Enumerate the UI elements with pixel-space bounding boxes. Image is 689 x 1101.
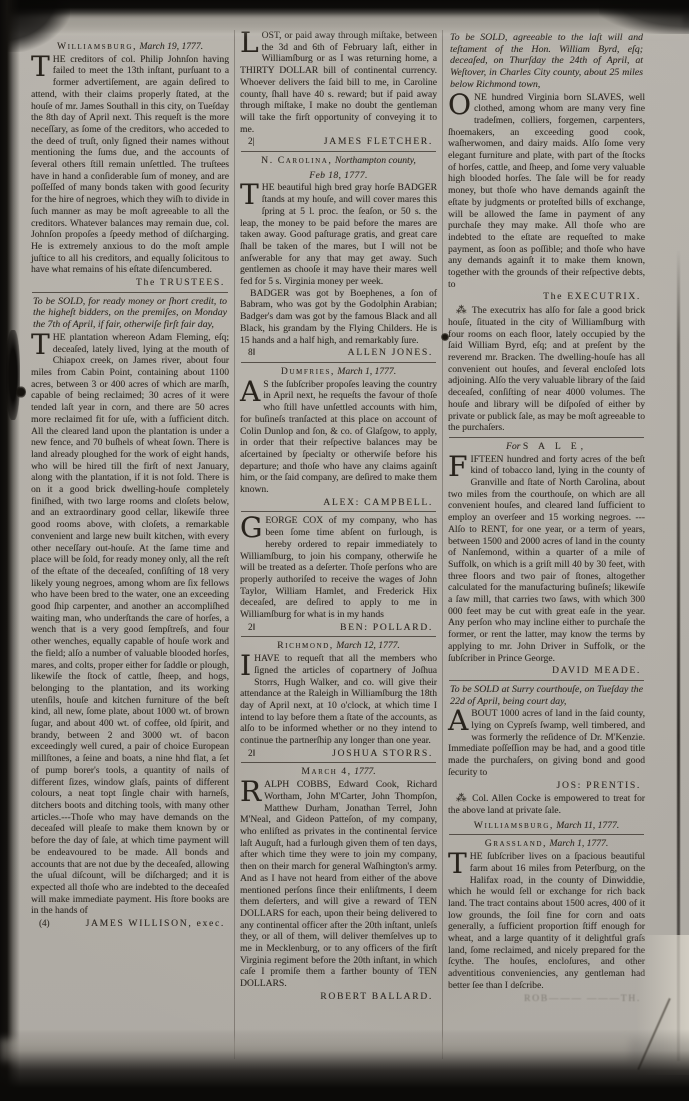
page-corner-dark-right: [599, 0, 689, 34]
signature-ref-mark: (4): [39, 918, 50, 930]
dateline-date: Northampton county,: [335, 155, 416, 166]
article-paragraph: THE creditors of col. Philip Johnſon hav…: [31, 54, 229, 276]
newspaper-article: To be SOLD, agreeable to the laſt will a…: [448, 32, 645, 434]
article-divider: [449, 437, 644, 438]
ink-smudge: [6, 330, 20, 420]
drop-cap: I: [240, 653, 254, 677]
signature-name: ALEX: CAMPBELL.: [323, 497, 433, 509]
article-paragraph: ONE hundred Virginia born SLAVES, well c…: [448, 92, 645, 291]
newspaper-page: Williamsburg, March 19, 1777.THE credito…: [0, 0, 689, 1101]
signature-name: JOSHUA STORRS.: [332, 748, 433, 760]
article-signature: 2‖JOSHUA STORRS.: [248, 748, 433, 760]
dateline-date: March 1, 1777.: [549, 838, 608, 849]
signature-name: JAMES FLETCHER.: [324, 136, 433, 148]
article-dateline: March 4, 1777.: [240, 766, 437, 778]
article-signature: 2|JAMES FLETCHER.: [248, 136, 433, 148]
dateline-place: N. Carolina,: [261, 155, 332, 166]
paragraph-text: HE creditors of col. Philip Johnſon havi…: [31, 54, 229, 276]
article-paragraph: ABOUT 1000 acres of land in the ſaid cou…: [448, 708, 645, 778]
newspaper-article: GEORGE COX of my company, who has been ſ…: [240, 515, 437, 633]
paragraph-text: BADGER was got by Boephenes, a ſon of Ba…: [240, 288, 437, 347]
signature-ref-mark: 2|: [248, 136, 254, 148]
article-signature: (4)JAMES WILLISON, exec.: [39, 918, 225, 930]
drop-cap: A: [240, 379, 263, 403]
article-italic-heading: To be SOLD at Surry courthouſe, on Tueſd…: [450, 684, 643, 707]
paragraph-text: NE hundred Virginia born SLAVES, well cl…: [448, 92, 645, 290]
drop-cap: T: [448, 851, 470, 875]
dateline-place: Grassland,: [485, 838, 547, 849]
article-divider: [241, 636, 436, 637]
article-divider: [449, 680, 644, 681]
signature-name: JOS: PRENTIS.: [557, 780, 641, 792]
page-edge-left: [0, 0, 20, 1101]
signature-name: DAVID MEADE.: [552, 665, 641, 677]
article-italic-heading: To be SOLD, agreeable to the laſt will a…: [450, 32, 643, 91]
paragraph-text: EORGE COX of my company, who has been ſo…: [240, 515, 437, 620]
article-divider: [32, 292, 228, 293]
article-signature: 2‖BEN: POLLARD.: [248, 622, 433, 634]
signature-name: JAMES WILLISON, exec.: [86, 918, 225, 930]
article-divider: [241, 762, 436, 763]
article-paragraph: BADGER was got by Boephenes, a ſon of Ba…: [240, 288, 437, 347]
page-edge-highlight: [10, 16, 683, 38]
newspaper-article: LOST, or paid away through miſtake, betw…: [240, 30, 437, 148]
paragraph-text: BOUT 1000 acres of land in the ſaid coun…: [448, 708, 645, 778]
column-2: LOST, or paid away through miſtake, betw…: [234, 30, 442, 1059]
signature-ref-mark: 2‖: [248, 622, 255, 634]
newspaper-article: Richmond, March 12, 1777.IHAVE to requeſ…: [240, 640, 437, 759]
asterism-note: ⁂ The executrix has alſo for ſale a good…: [448, 305, 645, 434]
article-divider: [241, 511, 436, 512]
paragraph-text: HAVE to requeſt that all the members who…: [240, 653, 437, 746]
paragraph-text: IFTEEN hundred and forty acres of the be…: [448, 454, 645, 664]
sale-heading: For S A L E,: [448, 441, 645, 453]
article-signature: ROBERT BALLARD.: [248, 991, 433, 1003]
dateline-date: March 19, 1777.: [139, 41, 203, 52]
paragraph-text: HE beautiful high bred gray horſe BADGER…: [240, 182, 437, 287]
dateline-date: March 11, 1777.: [556, 820, 619, 831]
dateline-place: Williamsburg,: [474, 820, 554, 831]
dateline-place: Dumfries,: [281, 366, 335, 377]
article-paragraph: GEORGE COX of my company, who has been ſ…: [240, 515, 437, 620]
sale-for-word: For: [506, 441, 520, 452]
signature-ref-mark: 8‖: [248, 347, 255, 359]
drop-cap: A: [448, 708, 471, 732]
article-italic-heading: To be SOLD, for ready money or ſhort cre…: [33, 296, 227, 331]
paragraph-text: Col. Allen Cocke is empowered to treat f…: [448, 793, 645, 816]
ink-blot: [441, 333, 449, 341]
dateline-place: March 4,: [301, 766, 351, 777]
article-dateline: Grassland, March 1, 1777.: [448, 838, 645, 850]
drop-cap: O: [448, 92, 474, 116]
paragraph-text: The executrix has alſo for ſale a good b…: [448, 305, 645, 433]
article-signature: ALEX: CAMPBELL.: [248, 497, 433, 509]
signature-name: The TRUSTEES.: [136, 277, 225, 289]
signature-name: ALLEN JONES.: [348, 347, 433, 359]
article-signature: The EXECUTRIX.: [456, 291, 641, 303]
article-signature: DAVID MEADE.: [456, 665, 641, 677]
paragraph-text: HE plantation whereon Adam Fleming, eſq;…: [31, 332, 229, 916]
drop-cap: T: [31, 54, 53, 78]
sale-word: S A L E,: [523, 441, 587, 452]
page-content: Williamsburg, March 19, 1777.THE credito…: [26, 30, 650, 1059]
article-dateline: Feb 18, 1777.: [240, 170, 437, 182]
newspaper-article: For S A L E,FIFTEEN hundred and forty ac…: [448, 441, 645, 677]
newspaper-article: N. Carolina, Northampton county,Feb 18, …: [240, 155, 437, 359]
dateline-date: 1777.: [354, 766, 376, 777]
drop-cap: T: [31, 332, 53, 356]
article-dateline: Dumfries, March 1, 1777.: [240, 366, 437, 378]
article-paragraph: RALPH COBBS, Edward Cook, Richard Wortha…: [240, 779, 437, 990]
page-edge-bottom: [0, 1029, 689, 1101]
article-paragraph: THE plantation whereon Adam Fleming, eſq…: [31, 332, 229, 917]
article-signature: The TRUSTEES.: [39, 277, 225, 289]
dateline-date: March 12, 1777.: [336, 640, 400, 651]
article-divider: [241, 362, 436, 363]
signature-name: BEN: POLLARD.: [340, 622, 433, 634]
newspaper-article: To be SOLD, for ready money or ſhort cre…: [31, 296, 229, 930]
article-dateline: Richmond, March 12, 1777.: [240, 640, 437, 652]
newspaper-article: Williamsburg, March 19, 1777.THE credito…: [31, 41, 229, 289]
newspaper-article: Dumfries, March 1, 1777.AS the ſubſcribe…: [240, 366, 437, 508]
column-3: To be SOLD, agreeable to the laſt will a…: [442, 30, 650, 1059]
paragraph-text: S the ſubſcriber propoſes leaving the co…: [240, 379, 437, 495]
asterism-note: ⁂ Col. Allen Cocke is empowered to treat…: [448, 793, 645, 816]
paragraph-text: ALPH COBBS, Edward Cook, Richard Wortham…: [240, 779, 437, 989]
signature-name: The EXECUTRIX.: [543, 291, 641, 303]
paragraph-text: OST, or paid away through miſtake, betwe…: [240, 30, 437, 135]
signature-name: ROB——— ———TH.: [524, 993, 641, 1005]
signature-ref-mark: 2‖: [248, 748, 255, 760]
drop-cap: R: [240, 779, 264, 803]
article-paragraph: IHAVE to requeſt that all the members wh…: [240, 653, 437, 747]
column-1: Williamsburg, March 19, 1777.THE credito…: [26, 30, 234, 1059]
asterism-icon: ⁂: [456, 793, 469, 804]
newspaper-article: To be SOLD at Surry courthouſe, on Tueſd…: [448, 684, 645, 831]
article-dateline: Williamsburg, March 11, 1777.: [448, 820, 645, 832]
dateline-place: Richmond,: [277, 640, 334, 651]
article-signature: 8‖ALLEN JONES.: [248, 347, 433, 359]
article-paragraph: FIFTEEN hundred and forty acres of the b…: [448, 454, 645, 665]
drop-cap: F: [448, 454, 470, 478]
article-signature: ROB——— ———TH.: [456, 993, 641, 1005]
signature-name: ROBERT BALLARD.: [320, 991, 433, 1003]
article-divider: [241, 151, 436, 152]
asterism-icon: ⁂: [456, 305, 469, 316]
newspaper-article: March 4, 1777.RALPH COBBS, Edward Cook, …: [240, 766, 437, 1002]
article-paragraph: LOST, or paid away through miſtake, betw…: [240, 30, 437, 135]
paragraph-text: HE ſubſcriber lives on a ſpacious beauti…: [448, 851, 645, 991]
article-divider: [449, 834, 644, 835]
article-paragraph: THE ſubſcriber lives on a ſpacious beaut…: [448, 851, 645, 991]
dateline-date: March 1, 1777.: [337, 366, 396, 377]
ink-blot: [16, 386, 26, 398]
article-signature: JOS: PRENTIS.: [456, 780, 641, 792]
drop-cap: T: [240, 182, 262, 206]
article-paragraph: AS the ſubſcriber propoſes leaving the c…: [240, 379, 437, 496]
article-dateline: N. Carolina, Northampton county,: [240, 155, 437, 167]
newspaper-article: Grassland, March 1, 1777.THE ſubſcriber …: [448, 838, 645, 1004]
drop-cap: G: [240, 515, 265, 539]
article-paragraph: THE beautiful high bred gray horſe BADGE…: [240, 182, 437, 287]
